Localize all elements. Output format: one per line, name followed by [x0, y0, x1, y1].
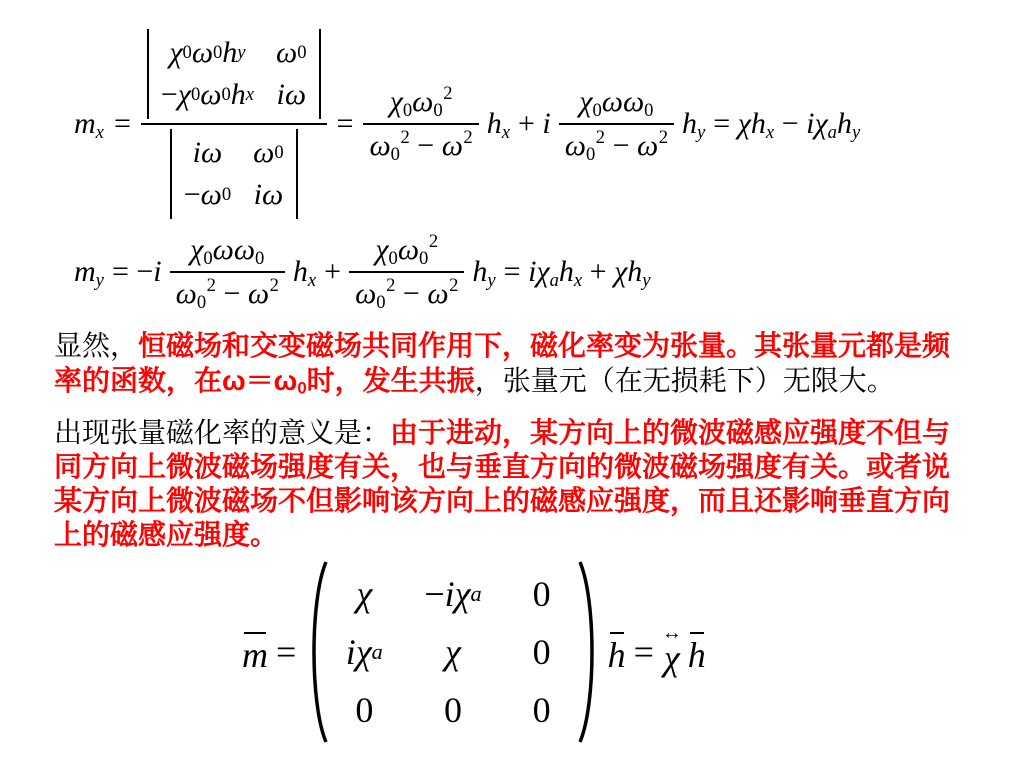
cramer-determinant-fraction: χ0ω0hy ω0 −χ0ω0hx iω iω ω0 −ω0 iω: [141, 27, 327, 221]
equation-mx: mx = χ0ω0hy ω0 −χ0ω0hx iω iω ω0 −ω0 iω: [74, 28, 860, 220]
matrix-cell: iχa: [342, 623, 386, 681]
mx-lhs: mx: [74, 107, 104, 141]
chi-tensor-with-arrow: ↔χ: [662, 628, 682, 676]
my-rhs: = iχahx + χhy: [504, 255, 651, 289]
chi-symbol: χ: [664, 640, 680, 676]
det-cell: ω0: [276, 32, 306, 74]
m-vector-with-bar: m: [242, 632, 268, 673]
fraction-denominator: ω02 − ω2: [349, 271, 464, 313]
fraction-denominator: ω02 − ω2: [170, 271, 285, 313]
equals-sign: =: [114, 107, 131, 141]
equation-my: my = −i χ0ωω0 ω02 − ω2 hx + χ0ω02 ω02 − …: [74, 224, 651, 320]
equals-sign: =: [337, 107, 354, 141]
h-vector-with-bar: h: [688, 632, 706, 673]
my-lhs: my: [74, 255, 104, 289]
det-cell: iω: [276, 74, 306, 116]
fraction-chi0-omega-omega0: χ0ωω0 ω02 − ω2: [170, 231, 285, 313]
text-segment-black: 显然，: [54, 331, 138, 362]
paragraph-tensor-meaning: 出现张量磁化率的意义是：由于进动，某方向上的微波磁感应强度不但与同方向上微波磁场…: [54, 417, 970, 553]
det-cell: iω: [253, 174, 283, 216]
omega-equals-omega0: ω＝ω: [222, 365, 297, 396]
det-cell: −χ0ω0hx: [161, 74, 254, 116]
fraction-numerator: χ0ω02: [349, 231, 464, 271]
fraction-denominator: iω ω0 −ω0 iω: [141, 123, 327, 221]
text-segment-black: ，张量元（在无损耗下）无限大。: [475, 366, 895, 397]
hx-term: hx: [487, 107, 510, 141]
susceptibility-matrix: χ −iχa 0 iχa χ 0 0 0 0: [336, 565, 569, 739]
h-symbol: h: [608, 637, 626, 673]
matrix-cell: 0: [342, 681, 386, 739]
matrix-cell: 0: [424, 681, 481, 739]
numerator-determinant: χ0ω0hy ω0 −χ0ω0hx iω: [147, 29, 321, 119]
det-cell: ω0: [253, 132, 283, 174]
matrix-cell: χ: [342, 565, 386, 623]
plus-operator: +: [324, 255, 341, 289]
equals-sign: =: [634, 631, 654, 673]
text-segment-black: 出现张量磁化率的意义是：: [54, 418, 390, 449]
fraction-denominator: ω02 − ω2: [363, 123, 478, 165]
slide-canvas: mx = χ0ω0hy ω0 −χ0ω0hx iω iω ω0 −ω0 iω: [0, 0, 1024, 768]
h-vector-with-bar: h: [608, 632, 626, 673]
omega0-subscript: 0: [297, 378, 306, 397]
overbar: [690, 632, 704, 634]
right-paren: [576, 558, 602, 746]
h-symbol: h: [688, 637, 706, 673]
matrix-cell: −iχa: [424, 565, 481, 623]
det-cell: iω: [184, 132, 231, 174]
hx-term: hx: [293, 255, 316, 289]
fraction-denominator: ω02 − ω2: [559, 123, 674, 165]
hy-term: hy: [472, 255, 495, 289]
det-cell: −ω0: [184, 174, 231, 216]
equation-tensor-matrix: m = χ −iχa 0 iχa χ 0 0 0 0 h = ↔χ h: [242, 556, 706, 748]
equals-minus-i: = −i: [112, 255, 162, 289]
denominator-determinant: iω ω0 −ω0 iω: [170, 129, 298, 219]
fraction-chi0-omega0-squared: χ0ω02 ω02 − ω2: [363, 83, 478, 165]
fraction-numerator: χ0ω02: [363, 83, 478, 123]
mx-rhs: = χhx − iχahy: [713, 107, 860, 141]
plus-i-operator: + i: [518, 107, 551, 141]
hy-term: hy: [682, 107, 705, 141]
fraction-numerator: χ0ω0hy ω0 −χ0ω0hx iω: [141, 27, 327, 123]
matrix-cell: 0: [520, 681, 564, 739]
overbar: [244, 632, 266, 634]
matrix-cell: χ: [424, 623, 481, 681]
m-symbol: m: [242, 637, 268, 673]
fraction-numerator: χ0ωω0: [559, 83, 674, 123]
text-segment-red: 时，发生共振: [307, 366, 475, 397]
paragraph-resonance: 显然，恒磁场和交变磁场共同作用下，磁化率变为张量。其张量元都是频率的函数，在ω＝…: [54, 330, 970, 405]
det-cell: χ0ω0hy: [161, 32, 254, 74]
matrix-cell: 0: [520, 623, 564, 681]
fraction-chi0-omega0-squared: χ0ω02 ω02 − ω2: [349, 231, 464, 313]
matrix-cell: 0: [520, 565, 564, 623]
equals-sign: =: [276, 631, 296, 673]
overbar: [610, 632, 624, 634]
fraction-numerator: χ0ωω0: [170, 231, 285, 271]
left-paren: [304, 558, 330, 746]
fraction-chi0-omega-omega0: χ0ωω0 ω02 − ω2: [559, 83, 674, 165]
